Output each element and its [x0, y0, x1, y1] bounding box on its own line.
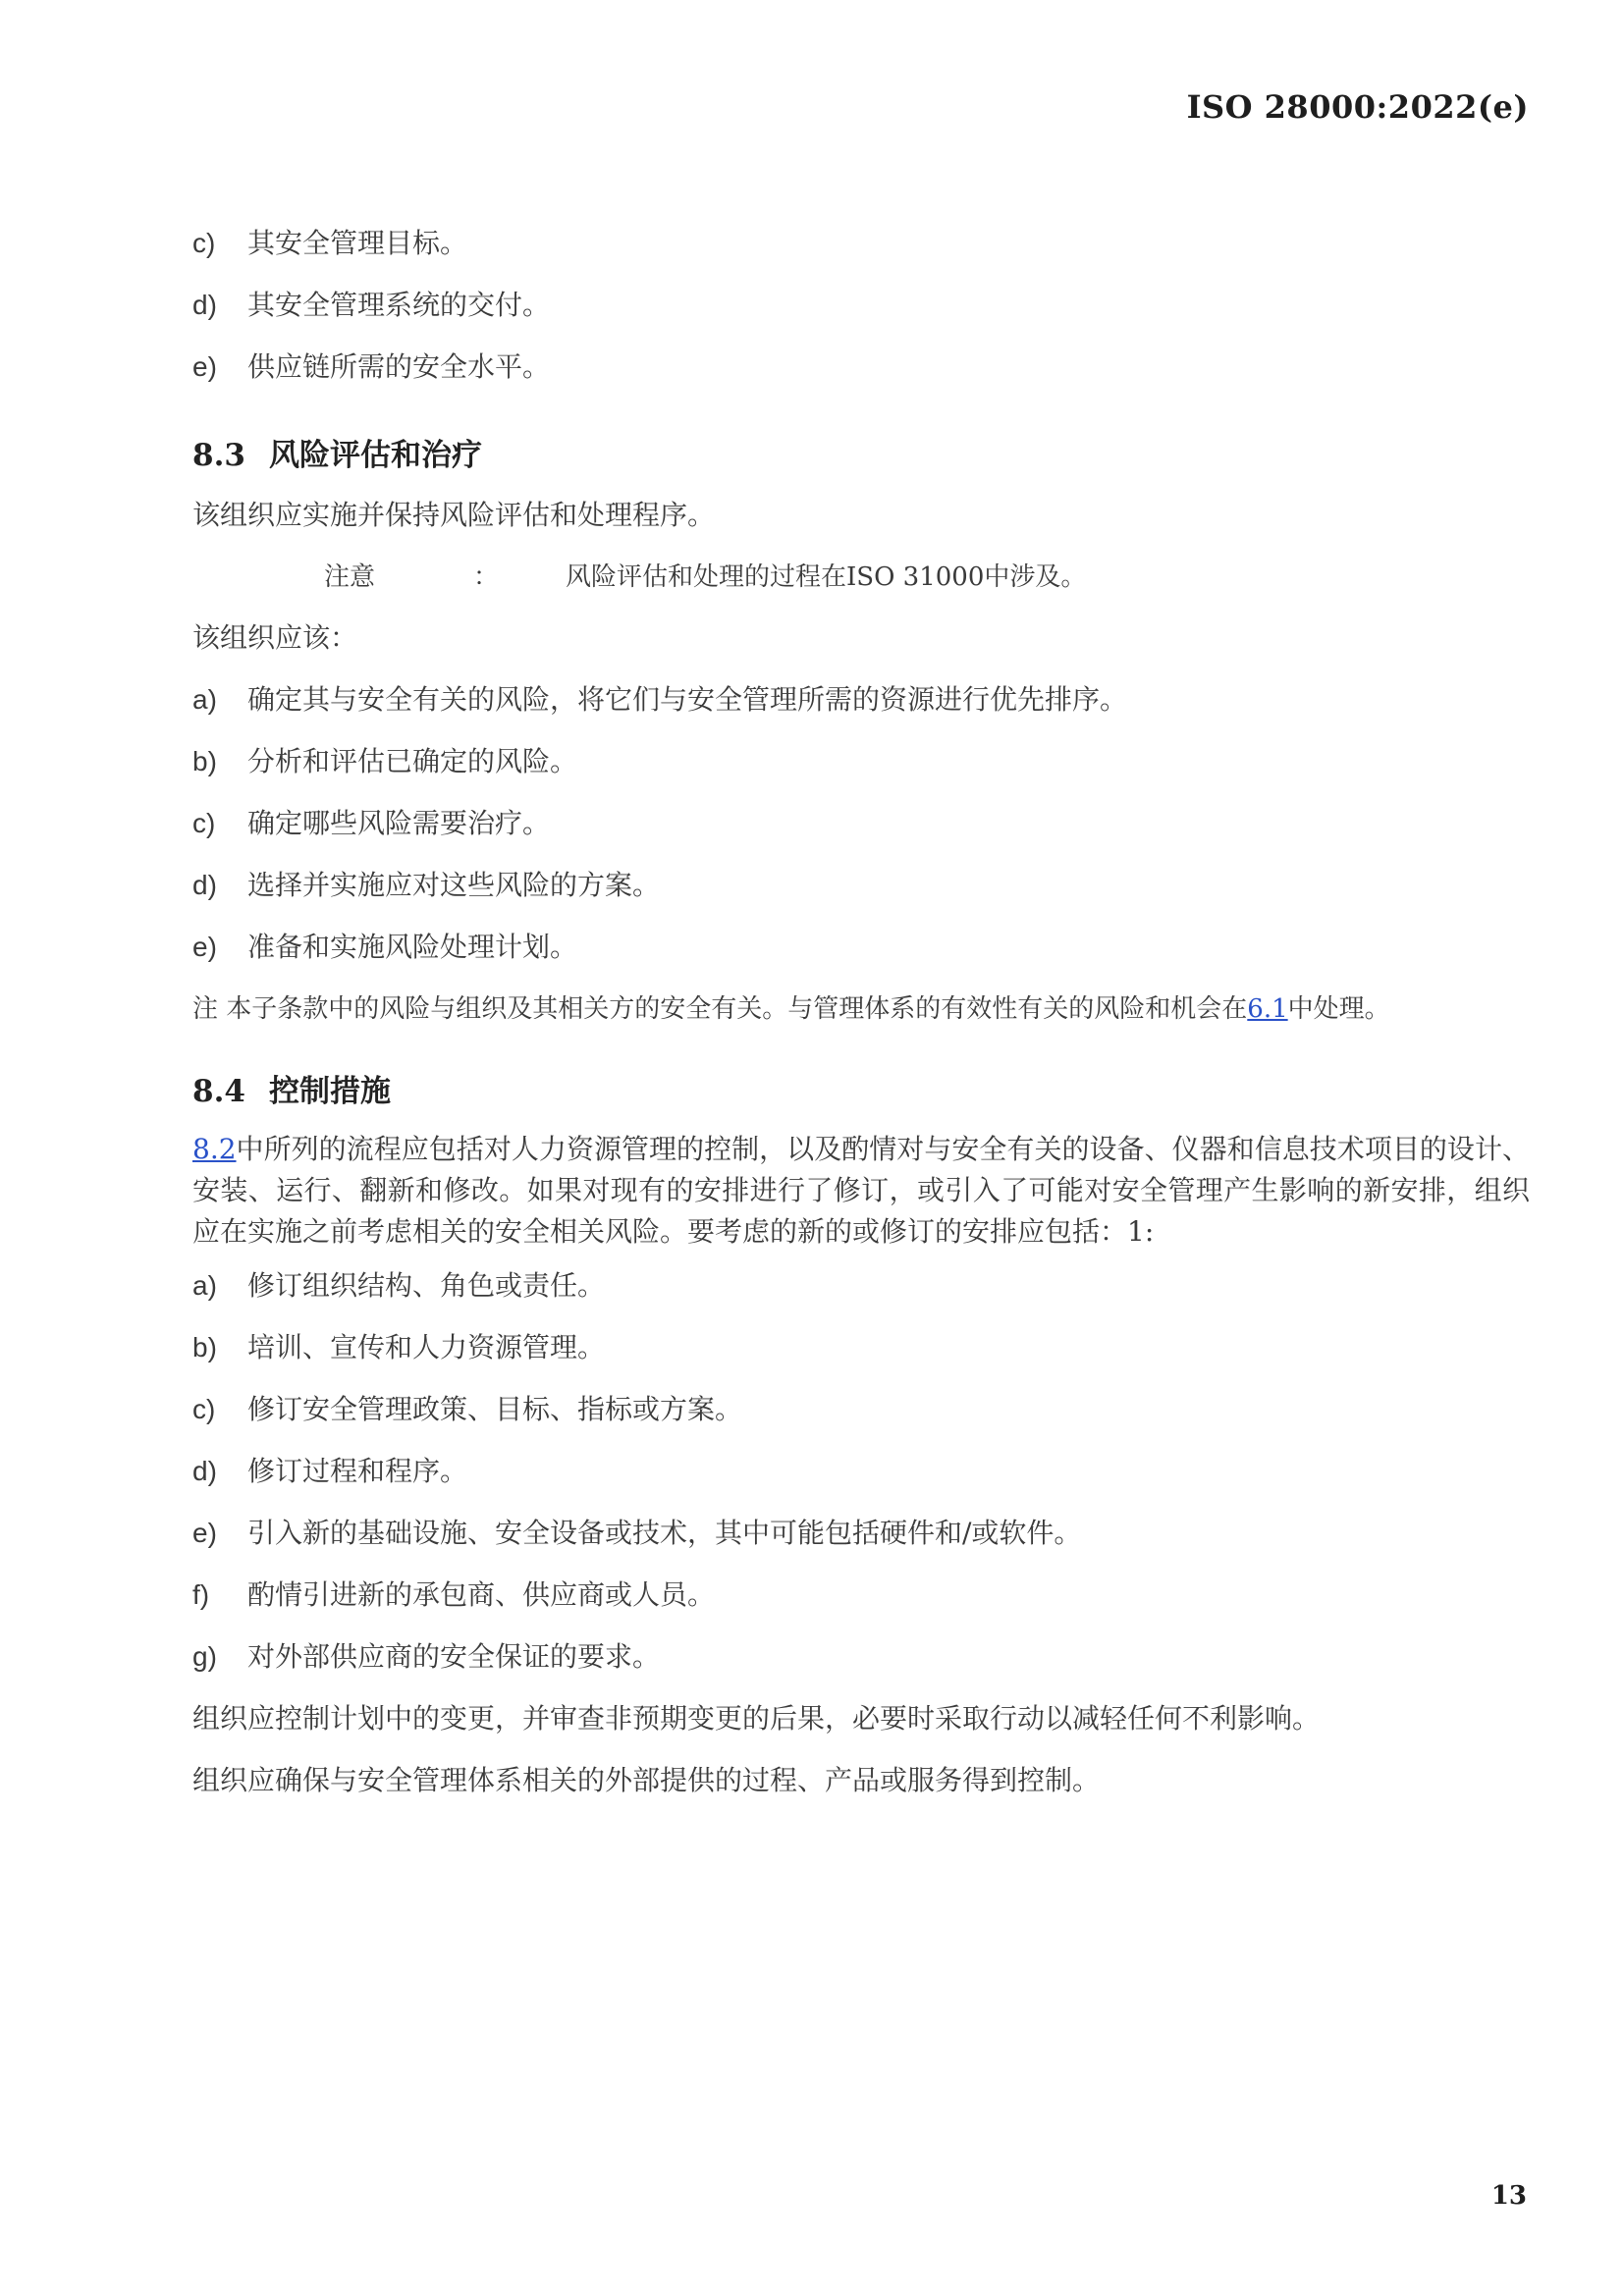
list-label: f): [192, 1575, 247, 1615]
paragraph-text: 中所列的流程应包括对人力资源管理的控制，以及酌情对与安全有关的设备、仪器和信息技…: [192, 1133, 1530, 1248]
list-text: 修订过程和程序。: [247, 1455, 467, 1487]
list-text: 确定哪些风险需要治疗。: [247, 807, 550, 839]
footnote-text: 注 本子条款中的风险与组织及其相关方的安全有关。与管理体系的有效性有关的风险和机…: [192, 994, 1247, 1024]
list-label: d): [192, 1452, 247, 1491]
list-label: c): [192, 1390, 247, 1429]
list-item: e)准备和实施风险处理计划。: [192, 928, 577, 967]
footnote: 注 本子条款中的风险与组织及其相关方的安全有关。与管理体系的有效性有关的风险和机…: [192, 989, 1390, 1029]
list-label: e): [192, 347, 247, 387]
closing-paragraph: 组织应确保与安全管理体系相关的外部提供的过程、产品或服务得到控制。: [192, 1761, 1100, 1800]
list-item: d)选择并实施应对这些风险的方案。: [192, 866, 660, 905]
list-text: 其安全管理系统的交付。: [247, 289, 550, 321]
note-colon: ：: [473, 558, 566, 597]
list-item: b)分析和评估已确定的风险。: [192, 742, 577, 781]
list-item: a)确定其与安全有关的风险，将它们与安全管理所需的资源进行优先排序。: [192, 680, 1127, 720]
note-text: 风险评估和处理的过程在ISO 31000中涉及。: [566, 562, 1086, 592]
section-title: 控制措施: [269, 1074, 391, 1109]
list-text: 引入新的基础设施、安全设备或技术，其中可能包括硬件和/或软件。: [247, 1517, 1081, 1549]
list-text: 其安全管理目标。: [247, 227, 467, 259]
intro-paragraph: 该组织应实施并保持风险评估和处理程序。: [192, 496, 715, 535]
list-text: 修订组织结构、角色或责任。: [247, 1269, 605, 1302]
list-text: 培训、宣传和人力资源管理。: [247, 1331, 605, 1363]
list-label: c): [192, 804, 247, 843]
list-label: c): [192, 224, 247, 263]
list-item: d)其安全管理系统的交付。: [192, 286, 550, 325]
list-label: d): [192, 286, 247, 325]
control-paragraph: 8.2中所列的流程应包括对人力资源管理的控制，以及酌情对与安全有关的设备、仪器和…: [192, 1129, 1530, 1253]
list-label: g): [192, 1637, 247, 1677]
section-title: 风险评估和治疗: [269, 438, 482, 473]
list-text: 选择并实施应对这些风险的方案。: [247, 869, 660, 901]
section-number: 8.4: [192, 1074, 269, 1109]
list-item: e)引入新的基础设施、安全设备或技术，其中可能包括硬件和/或软件。: [192, 1514, 1081, 1553]
list-item: d)修订过程和程序。: [192, 1452, 467, 1491]
page-number: 13: [1491, 2181, 1527, 2211]
note-label: 注意: [324, 558, 473, 597]
list-text: 酌情引进新的承包商、供应商或人员。: [247, 1578, 715, 1611]
note: 注意：风险评估和处理的过程在ISO 31000中涉及。: [324, 558, 1086, 597]
list-text: 供应链所需的安全水平。: [247, 350, 550, 383]
list-item: c)修订安全管理政策、目标、指标或方案。: [192, 1390, 742, 1429]
list-item: c)其安全管理目标。: [192, 224, 467, 263]
list-label: a): [192, 680, 247, 720]
section-number: 8.3: [192, 438, 269, 473]
clause-6-1-link[interactable]: 6.1: [1247, 994, 1287, 1024]
footnote-text-end: 中处理。: [1288, 994, 1390, 1024]
section-heading-8-3: 8.3风险评估和治疗: [192, 430, 482, 474]
list-label: b): [192, 742, 247, 781]
list-text: 修订安全管理政策、目标、指标或方案。: [247, 1393, 742, 1425]
list-text: 对外部供应商的安全保证的要求。: [247, 1640, 660, 1673]
list-label: e): [192, 1514, 247, 1553]
list-item: e)供应链所需的安全水平。: [192, 347, 550, 387]
list-item: b)培训、宣传和人力资源管理。: [192, 1328, 605, 1367]
list-item: c)确定哪些风险需要治疗。: [192, 804, 550, 843]
list-item: f)酌情引进新的承包商、供应商或人员。: [192, 1575, 715, 1615]
list-item: a)修订组织结构、角色或责任。: [192, 1266, 605, 1306]
lead-paragraph: 该组织应该：: [192, 618, 357, 658]
closing-paragraph: 组织应控制计划中的变更，并审查非预期变更的后果，必要时采取行动以减轻任何不利影响…: [192, 1699, 1320, 1738]
list-item: g)对外部供应商的安全保证的要求。: [192, 1637, 660, 1677]
list-label: d): [192, 866, 247, 905]
list-label: e): [192, 928, 247, 967]
list-label: b): [192, 1328, 247, 1367]
list-label: a): [192, 1266, 247, 1306]
list-text: 准备和实施风险处理计划。: [247, 931, 577, 963]
clause-8-2-link[interactable]: 8.2: [192, 1133, 237, 1165]
document-id-header: ISO 28000:2022(e): [1187, 88, 1529, 126]
list-text: 分析和评估已确定的风险。: [247, 745, 577, 777]
section-heading-8-4: 8.4控制措施: [192, 1066, 391, 1110]
list-text: 确定其与安全有关的风险，将它们与安全管理所需的资源进行优先排序。: [247, 683, 1127, 716]
